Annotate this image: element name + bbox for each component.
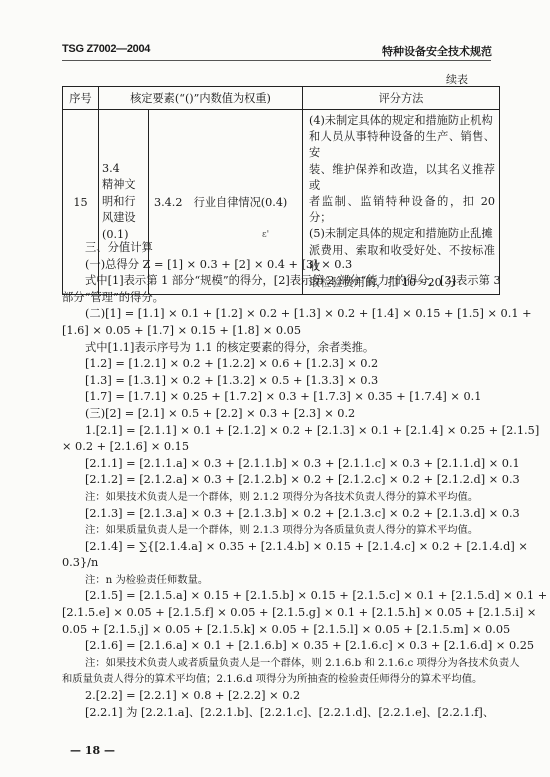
scoring-line: 者监制、监销特种设备的，扣 20 分； <box>309 194 495 226</box>
formula-line: (二)[1] = [1.1] × 0.1 + [1.2] × 0.2 + [1.… <box>62 306 494 323</box>
formula-line: 部分“管理”的得分。 <box>62 290 494 307</box>
scoring-line: 装、维护保养和改造，以其名义推荐或 <box>309 162 495 194</box>
formula-line: [2.1.2] = [2.1.2.a] × 0.3 + [2.1.2.b] × … <box>62 472 494 489</box>
standard-code: TSG Z7002—2004 <box>62 43 150 55</box>
formula-line: 2.[2.2] = [2.2.1] × 0.8 + [2.2.2] × 0.2 <box>62 688 494 705</box>
col-header-method: 评分方法 <box>303 87 500 110</box>
formula-line: [2.2.1] 为 [2.2.1.a]、[2.2.1.b]、[2.2.1.c]、… <box>62 705 494 722</box>
note-line: 和质量负责人得分的算术平均值；2.1.6.d 项得分为所抽查的检验责任师得分的算… <box>62 671 494 688</box>
scan-mark: ε' <box>262 230 269 240</box>
header-rule <box>62 60 491 61</box>
formula-line: 0.05 + [2.1.5.j] × 0.05 + [2.1.5.k] × 0.… <box>62 622 494 639</box>
col-header-element: 核定要素(“()”内数值为权重) <box>99 87 303 110</box>
table-header-row: 序号 核定要素(“()”内数值为权重) 评分方法 <box>63 87 500 110</box>
continued-label: 续表 <box>446 71 468 87</box>
calculation-section: 三、分值计算 (一)总得分 Z = [1] × 0.3 + [2] × 0.4 … <box>62 240 494 721</box>
element-group-line: 风建设 <box>102 210 148 227</box>
formula-line: × 0.2 + [2.1.6] × 0.15 <box>62 439 494 456</box>
element-group-line: 3.4 <box>102 161 148 178</box>
formula-line: [2.1.5] = [2.1.5.a] × 0.15 + [2.1.5.b] ×… <box>62 588 494 605</box>
formula-line: 1.[2.1] = [2.1.1] × 0.1 + [2.1.2] × 0.2 … <box>62 423 494 440</box>
page-number: — 18 — <box>70 744 115 757</box>
element-group-line: 明和行 <box>102 194 148 211</box>
formula-line: (一)总得分 Z = [1] × 0.3 + [2] × 0.4 + [3] ×… <box>62 257 494 274</box>
formula-line: [2.1.5.e] × 0.05 + [2.1.5.f] × 0.05 + [2… <box>62 605 494 622</box>
scoring-line: 和人员从事特种设备的生产、销售、安 <box>309 129 495 161</box>
formula-line: [1.7] = [1.7.1] × 0.25 + [1.7.2] × 0.3 +… <box>62 389 494 406</box>
element-group-line: 精神文 <box>102 177 148 194</box>
note-line: 注：n 为检验责任师数量。 <box>62 572 494 589</box>
col-header-seq: 序号 <box>63 87 99 110</box>
formula-line: 式中[1.1]表示序号为 1.1 的核定要素的得分，余者类推。 <box>62 340 494 357</box>
formula-lines: (一)总得分 Z = [1] × 0.3 + [2] × 0.4 + [3] ×… <box>62 257 494 722</box>
formula-line: [2.1.1] = [2.1.1.a] × 0.3 + [2.1.1.b] × … <box>62 456 494 473</box>
formula-line: [1.3] = [1.3.1] × 0.2 + [1.3.2] × 0.5 + … <box>62 373 494 390</box>
formula-line: 式中[1]表示第 1 部分“规模”的得分，[2]表示第 2 部分“能力”的得分，… <box>62 273 494 290</box>
formula-line: [2.1.3] = [2.1.3.a] × 0.3 + [2.1.3.b] × … <box>62 506 494 523</box>
note-line: 注：如果技术负责人或者质量负责人是一个群体，则 2.1.6.b 和 2.1.6.… <box>62 655 494 672</box>
formula-line: [1.6] × 0.05 + [1.7] × 0.15 + [1.8] × 0.… <box>62 323 494 340</box>
formula-line: [1.2] = [1.2.1] × 0.2 + [1.2.2] × 0.6 + … <box>62 356 494 373</box>
note-line: 注：如果技术负责人是一个群体，则 2.1.2 项得分为各技术负责人得分的算术平均… <box>62 489 494 506</box>
formula-line: [2.1.6] = [2.1.6.a] × 0.1 + [2.1.6.b] × … <box>62 638 494 655</box>
formula-line: [2.1.4] = ∑{[2.1.4.a] × 0.35 + [2.1.4.b]… <box>62 539 494 556</box>
scoring-line: (4)未制定具体的规定和措施防止机构 <box>309 113 495 129</box>
formula-line: 0.3}/n <box>62 555 494 572</box>
section-title: 三、分值计算 <box>62 240 494 257</box>
note-line: 注：如果质量负责人是一个群体，则 2.1.3 项得分为各质量负责人得分的算术平均… <box>62 522 494 539</box>
series-title: 特种设备安全技术规范 <box>382 43 492 59</box>
formula-line: (三)[2] = [2.1] × 0.5 + [2.2] × 0.3 + [2.… <box>62 406 494 423</box>
